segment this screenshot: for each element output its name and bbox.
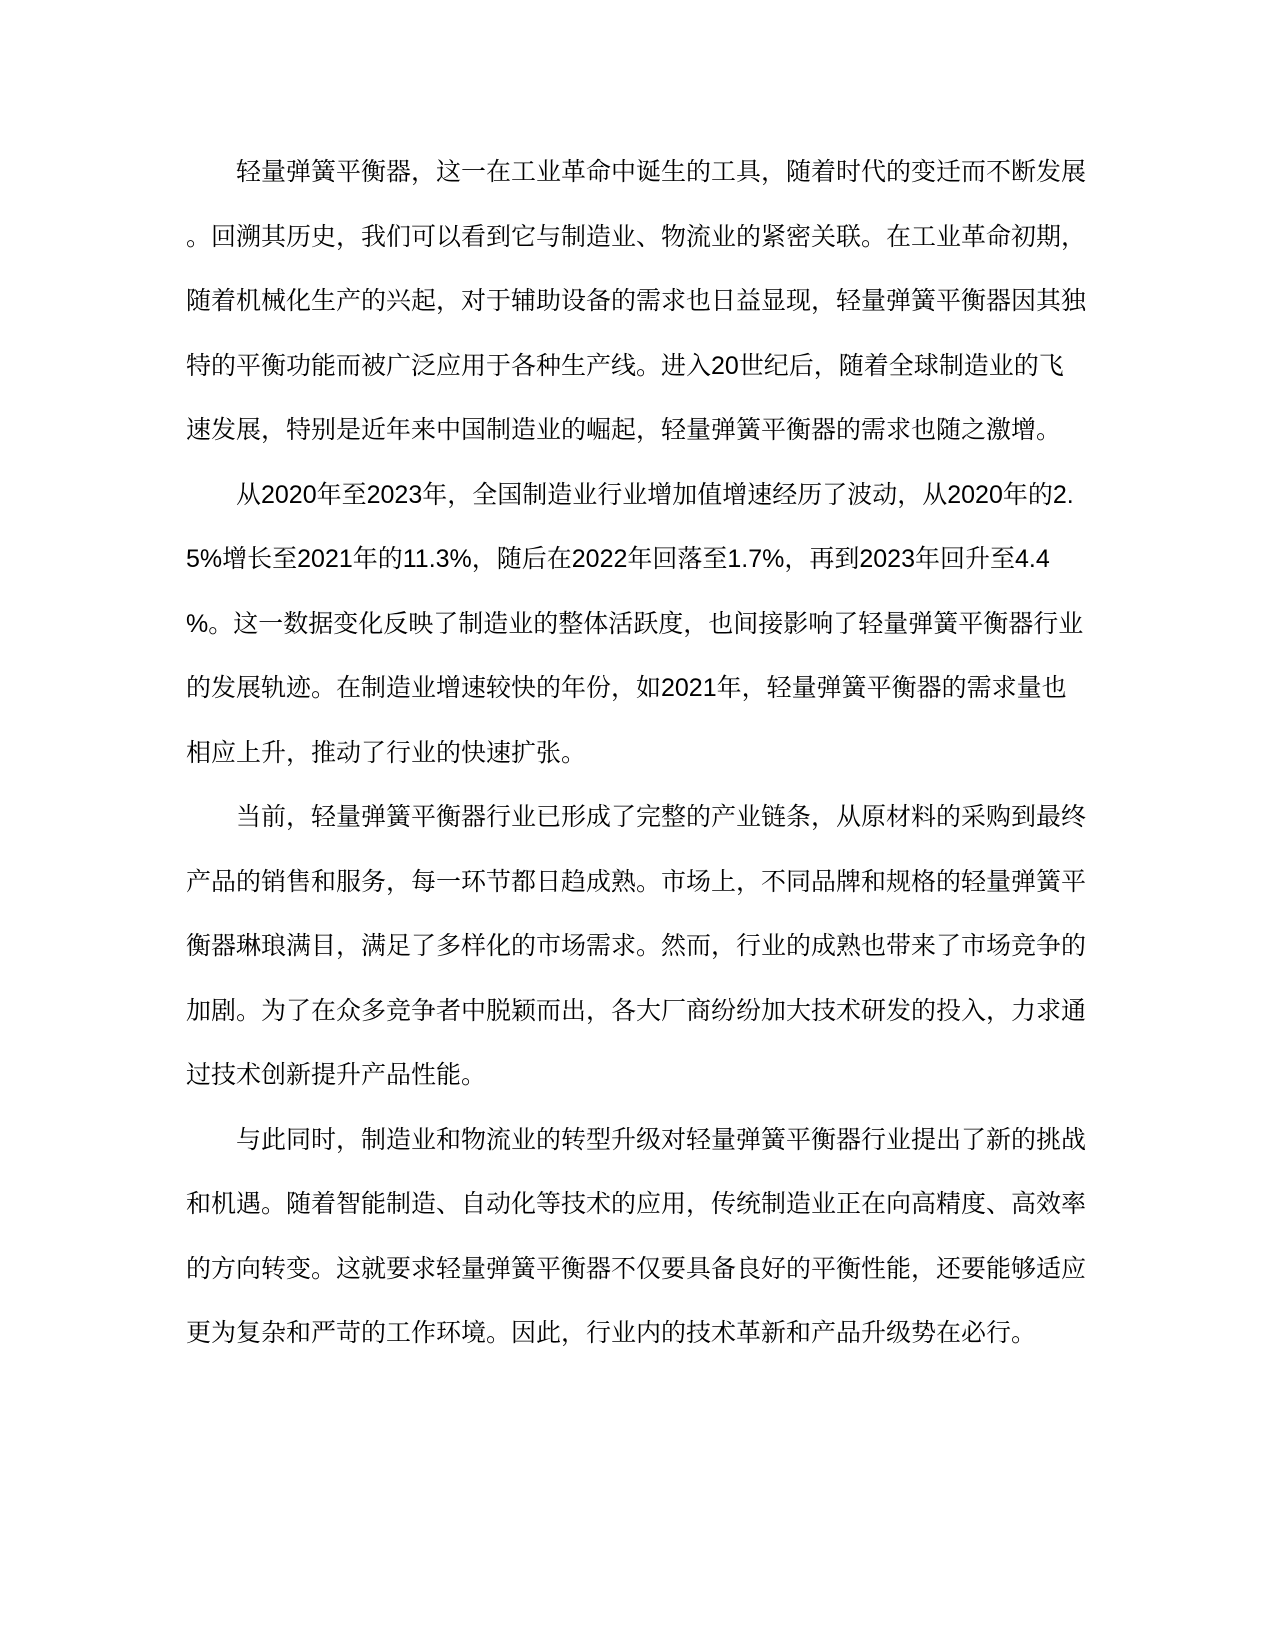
- text-line: 从2020年至2023年，全国制造业行业增加值增速经历了波动，从2020年的2.: [186, 463, 1116, 528]
- paragraph: 从2020年至2023年，全国制造业行业增加值增速经历了波动，从2020年的2.…: [186, 463, 1116, 786]
- text-line: 随着机械化生产的兴起，对于辅助设备的需求也日益显现，轻量弹簧平衡器因其独: [186, 269, 1116, 334]
- text-line: 的方向转变。这就要求轻量弹簧平衡器不仅要具备良好的平衡性能，还要能够适应: [186, 1237, 1116, 1302]
- text-line: 与此同时，制造业和物流业的转型升级对轻量弹簧平衡器行业提出了新的挑战: [186, 1108, 1116, 1173]
- text-line: 当前，轻量弹簧平衡器行业已形成了完整的产业链条，从原材料的采购到最终: [186, 785, 1116, 850]
- text-line: 速发展，特别是近年来中国制造业的崛起，轻量弹簧平衡器的需求也随之激增。: [186, 398, 1116, 463]
- text-line: 产品的销售和服务，每一环节都日趋成熟。市场上，不同品牌和规格的轻量弹簧平: [186, 850, 1116, 915]
- text-line: 5%增长至2021年的11.3%，随后在2022年回落至1.7%，再到2023年…: [186, 527, 1116, 592]
- text-line: 特的平衡功能而被广泛应用于各种生产线。进入20世纪后，随着全球制造业的飞: [186, 334, 1116, 399]
- text-line: 和机遇。随着智能制造、自动化等技术的应用，传统制造业正在向高精度、高效率: [186, 1172, 1116, 1237]
- text-line: 的发展轨迹。在制造业增速较快的年份，如2021年，轻量弹簧平衡器的需求量也: [186, 656, 1116, 721]
- paragraph: 当前，轻量弹簧平衡器行业已形成了完整的产业链条，从原材料的采购到最终产品的销售和…: [186, 785, 1116, 1108]
- paragraph: 轻量弹簧平衡器，这一在工业革命中诞生的工具，随着时代的变迁而不断发展。回溯其历史…: [186, 140, 1116, 463]
- document-body: 轻量弹簧平衡器，这一在工业革命中诞生的工具，随着时代的变迁而不断发展。回溯其历史…: [186, 140, 1116, 1366]
- text-line: %。这一数据变化反映了制造业的整体活跃度，也间接影响了轻量弹簧平衡器行业: [186, 592, 1116, 657]
- paragraph: 与此同时，制造业和物流业的转型升级对轻量弹簧平衡器行业提出了新的挑战和机遇。随着…: [186, 1108, 1116, 1366]
- text-line: 更为复杂和严苛的工作环境。因此，行业内的技术革新和产品升级势在必行。: [186, 1301, 1116, 1366]
- text-line: 加剧。为了在众多竞争者中脱颖而出，各大厂商纷纷加大技术研发的投入，力求通: [186, 979, 1116, 1044]
- document-page: 轻量弹簧平衡器，这一在工业革命中诞生的工具，随着时代的变迁而不断发展。回溯其历史…: [0, 0, 1275, 1650]
- text-line: 轻量弹簧平衡器，这一在工业革命中诞生的工具，随着时代的变迁而不断发展: [186, 140, 1116, 205]
- text-line: 。回溯其历史，我们可以看到它与制造业、物流业的紧密关联。在工业革命初期，: [186, 205, 1116, 270]
- text-line: 衡器琳琅满目，满足了多样化的市场需求。然而，行业的成熟也带来了市场竞争的: [186, 914, 1116, 979]
- text-line: 过技术创新提升产品性能。: [186, 1043, 1116, 1108]
- text-line: 相应上升，推动了行业的快速扩张。: [186, 721, 1116, 786]
